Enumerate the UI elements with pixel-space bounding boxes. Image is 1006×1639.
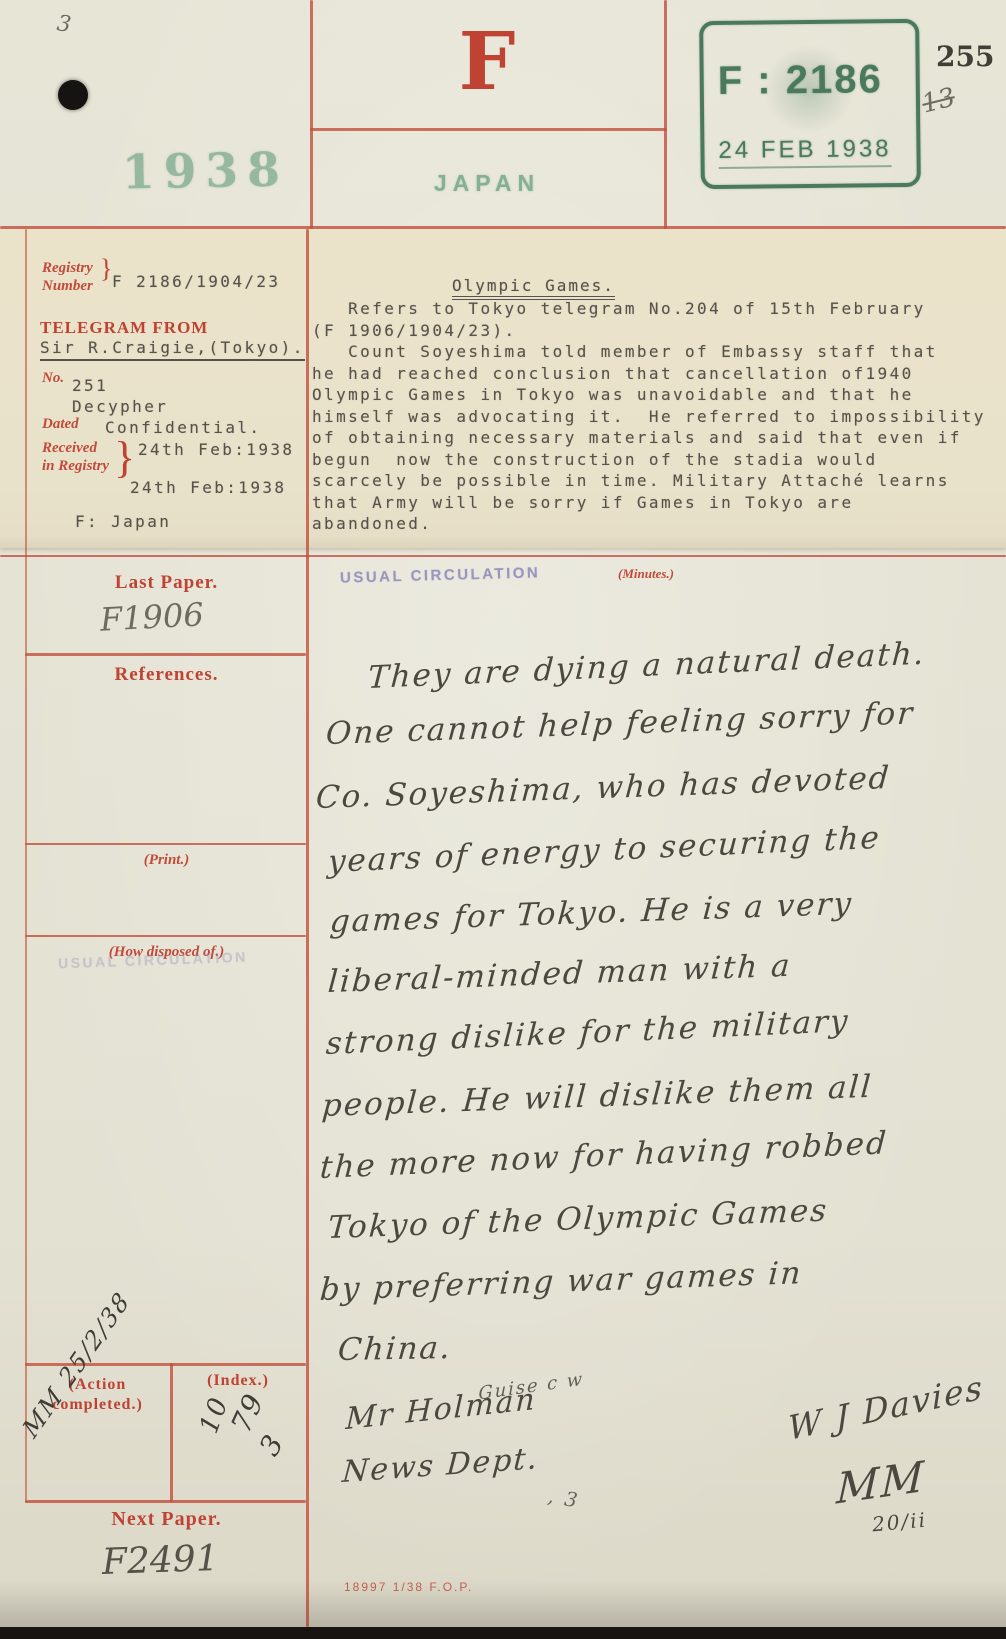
minute-initials: MM bbox=[836, 1451, 927, 1513]
next-paper-top-line bbox=[25, 1500, 306, 1503]
minute-line: Co. Soyeshima, who has devoted bbox=[315, 760, 892, 816]
minute-line: One cannot help feeling sorry for bbox=[325, 695, 916, 752]
minute-line: the more now for having robbed bbox=[319, 1125, 889, 1186]
scan-edge-bar bbox=[0, 1627, 1006, 1639]
minute-signature: W J Davies bbox=[787, 1367, 984, 1448]
minute-line: years of energy to securing the bbox=[327, 820, 882, 880]
minute-line: liberal-minded man with a bbox=[327, 948, 793, 1000]
received-label-line2: in Registry bbox=[42, 458, 109, 475]
references-label: References. bbox=[25, 664, 308, 686]
registry-label-line1: Registry bbox=[42, 260, 93, 277]
print-label: (Print.) bbox=[25, 852, 308, 869]
referral-dept-annotation: , 3 bbox=[546, 1483, 581, 1512]
usual-circulation-stamp: USUAL CIRCULATION bbox=[340, 564, 541, 586]
received-value: 24th Feb:1938 bbox=[130, 478, 286, 497]
minutes-top-line bbox=[0, 555, 1006, 557]
receipt-date-stamp: F : 2186 24 FEB 1938 bbox=[699, 19, 921, 189]
received-brace: } bbox=[114, 432, 135, 483]
telegram-from-label: TELEGRAM FROM bbox=[40, 318, 208, 338]
minute-initials-date: 20/ii bbox=[871, 1508, 928, 1537]
registry-label-line2: Number bbox=[42, 278, 93, 295]
corner-mark: 3 bbox=[55, 11, 72, 38]
last-paper-value: F1906 bbox=[99, 595, 204, 638]
file-heading: F: Japan bbox=[75, 512, 171, 531]
telegram-number: 251 bbox=[72, 376, 108, 395]
country-label: JAPAN bbox=[310, 170, 664, 197]
year-stamp: 1938 bbox=[122, 143, 290, 201]
minutes-label: (Minutes.) bbox=[618, 566, 674, 582]
minute-line: people. He will dislike them all bbox=[321, 1069, 874, 1124]
no-label: No. bbox=[42, 370, 64, 387]
receipt-stamp-number: F : 2186 bbox=[718, 57, 883, 104]
dated-value: 24th Feb:1938 bbox=[138, 440, 294, 459]
telegram-body: Refers to Tokyo telegram No.204 of 15th … bbox=[312, 298, 986, 535]
minute-line: China. bbox=[336, 1330, 453, 1368]
main-column-divider bbox=[306, 229, 309, 1627]
printer-code: 18997 1/38 F.O.P. bbox=[344, 1580, 473, 1594]
index-scribble: 3 bbox=[253, 1428, 291, 1462]
disposed-top-line bbox=[25, 935, 306, 937]
print-top-line bbox=[25, 843, 306, 845]
decypher: Decypher bbox=[72, 397, 168, 416]
minute-line: strong dislike for the military bbox=[325, 1003, 851, 1062]
references-top-line bbox=[25, 653, 306, 656]
minute-line: by preferring war games in bbox=[319, 1255, 804, 1308]
series-box-line bbox=[310, 128, 667, 131]
punch-hole bbox=[58, 80, 88, 110]
dated-label: Dated bbox=[42, 416, 79, 433]
registry-number: F 2186/1904/23 bbox=[112, 272, 280, 291]
telegram-sender: Sir R.Craigie,(Tokyo). bbox=[40, 338, 305, 361]
bottom-shadow bbox=[0, 1580, 1006, 1627]
folio-number: 255 bbox=[936, 40, 994, 73]
referral-dept: News Dept. bbox=[341, 1441, 540, 1490]
series-letter: F bbox=[310, 14, 664, 108]
index-label: (Index.) bbox=[170, 1372, 306, 1390]
receipt-stamp-date: 24 FEB 1938 bbox=[718, 135, 891, 169]
last-paper-label: Last Paper. bbox=[25, 572, 308, 594]
registry-brace: } bbox=[100, 254, 112, 284]
received-label-line1: Received bbox=[42, 440, 97, 457]
next-paper-value: F2491 bbox=[101, 1538, 219, 1583]
telegram-title: Olympic Games. bbox=[452, 276, 615, 300]
top-band-bottom-line bbox=[0, 226, 1006, 229]
minute-line: They are dying a natural death. bbox=[367, 636, 927, 696]
top-divider-right bbox=[664, 0, 667, 229]
minute-line: games for Tokyo. He is a very bbox=[329, 886, 854, 940]
minute-sheet-document: 3 1938 F JAPAN F : 2186 24 FEB 1938 255 … bbox=[0, 0, 1006, 1639]
next-paper-label: Next Paper. bbox=[25, 1508, 308, 1531]
minute-line: Tokyo of the Olympic Games bbox=[327, 1192, 830, 1246]
crossed-out-number: 13 bbox=[919, 82, 958, 119]
